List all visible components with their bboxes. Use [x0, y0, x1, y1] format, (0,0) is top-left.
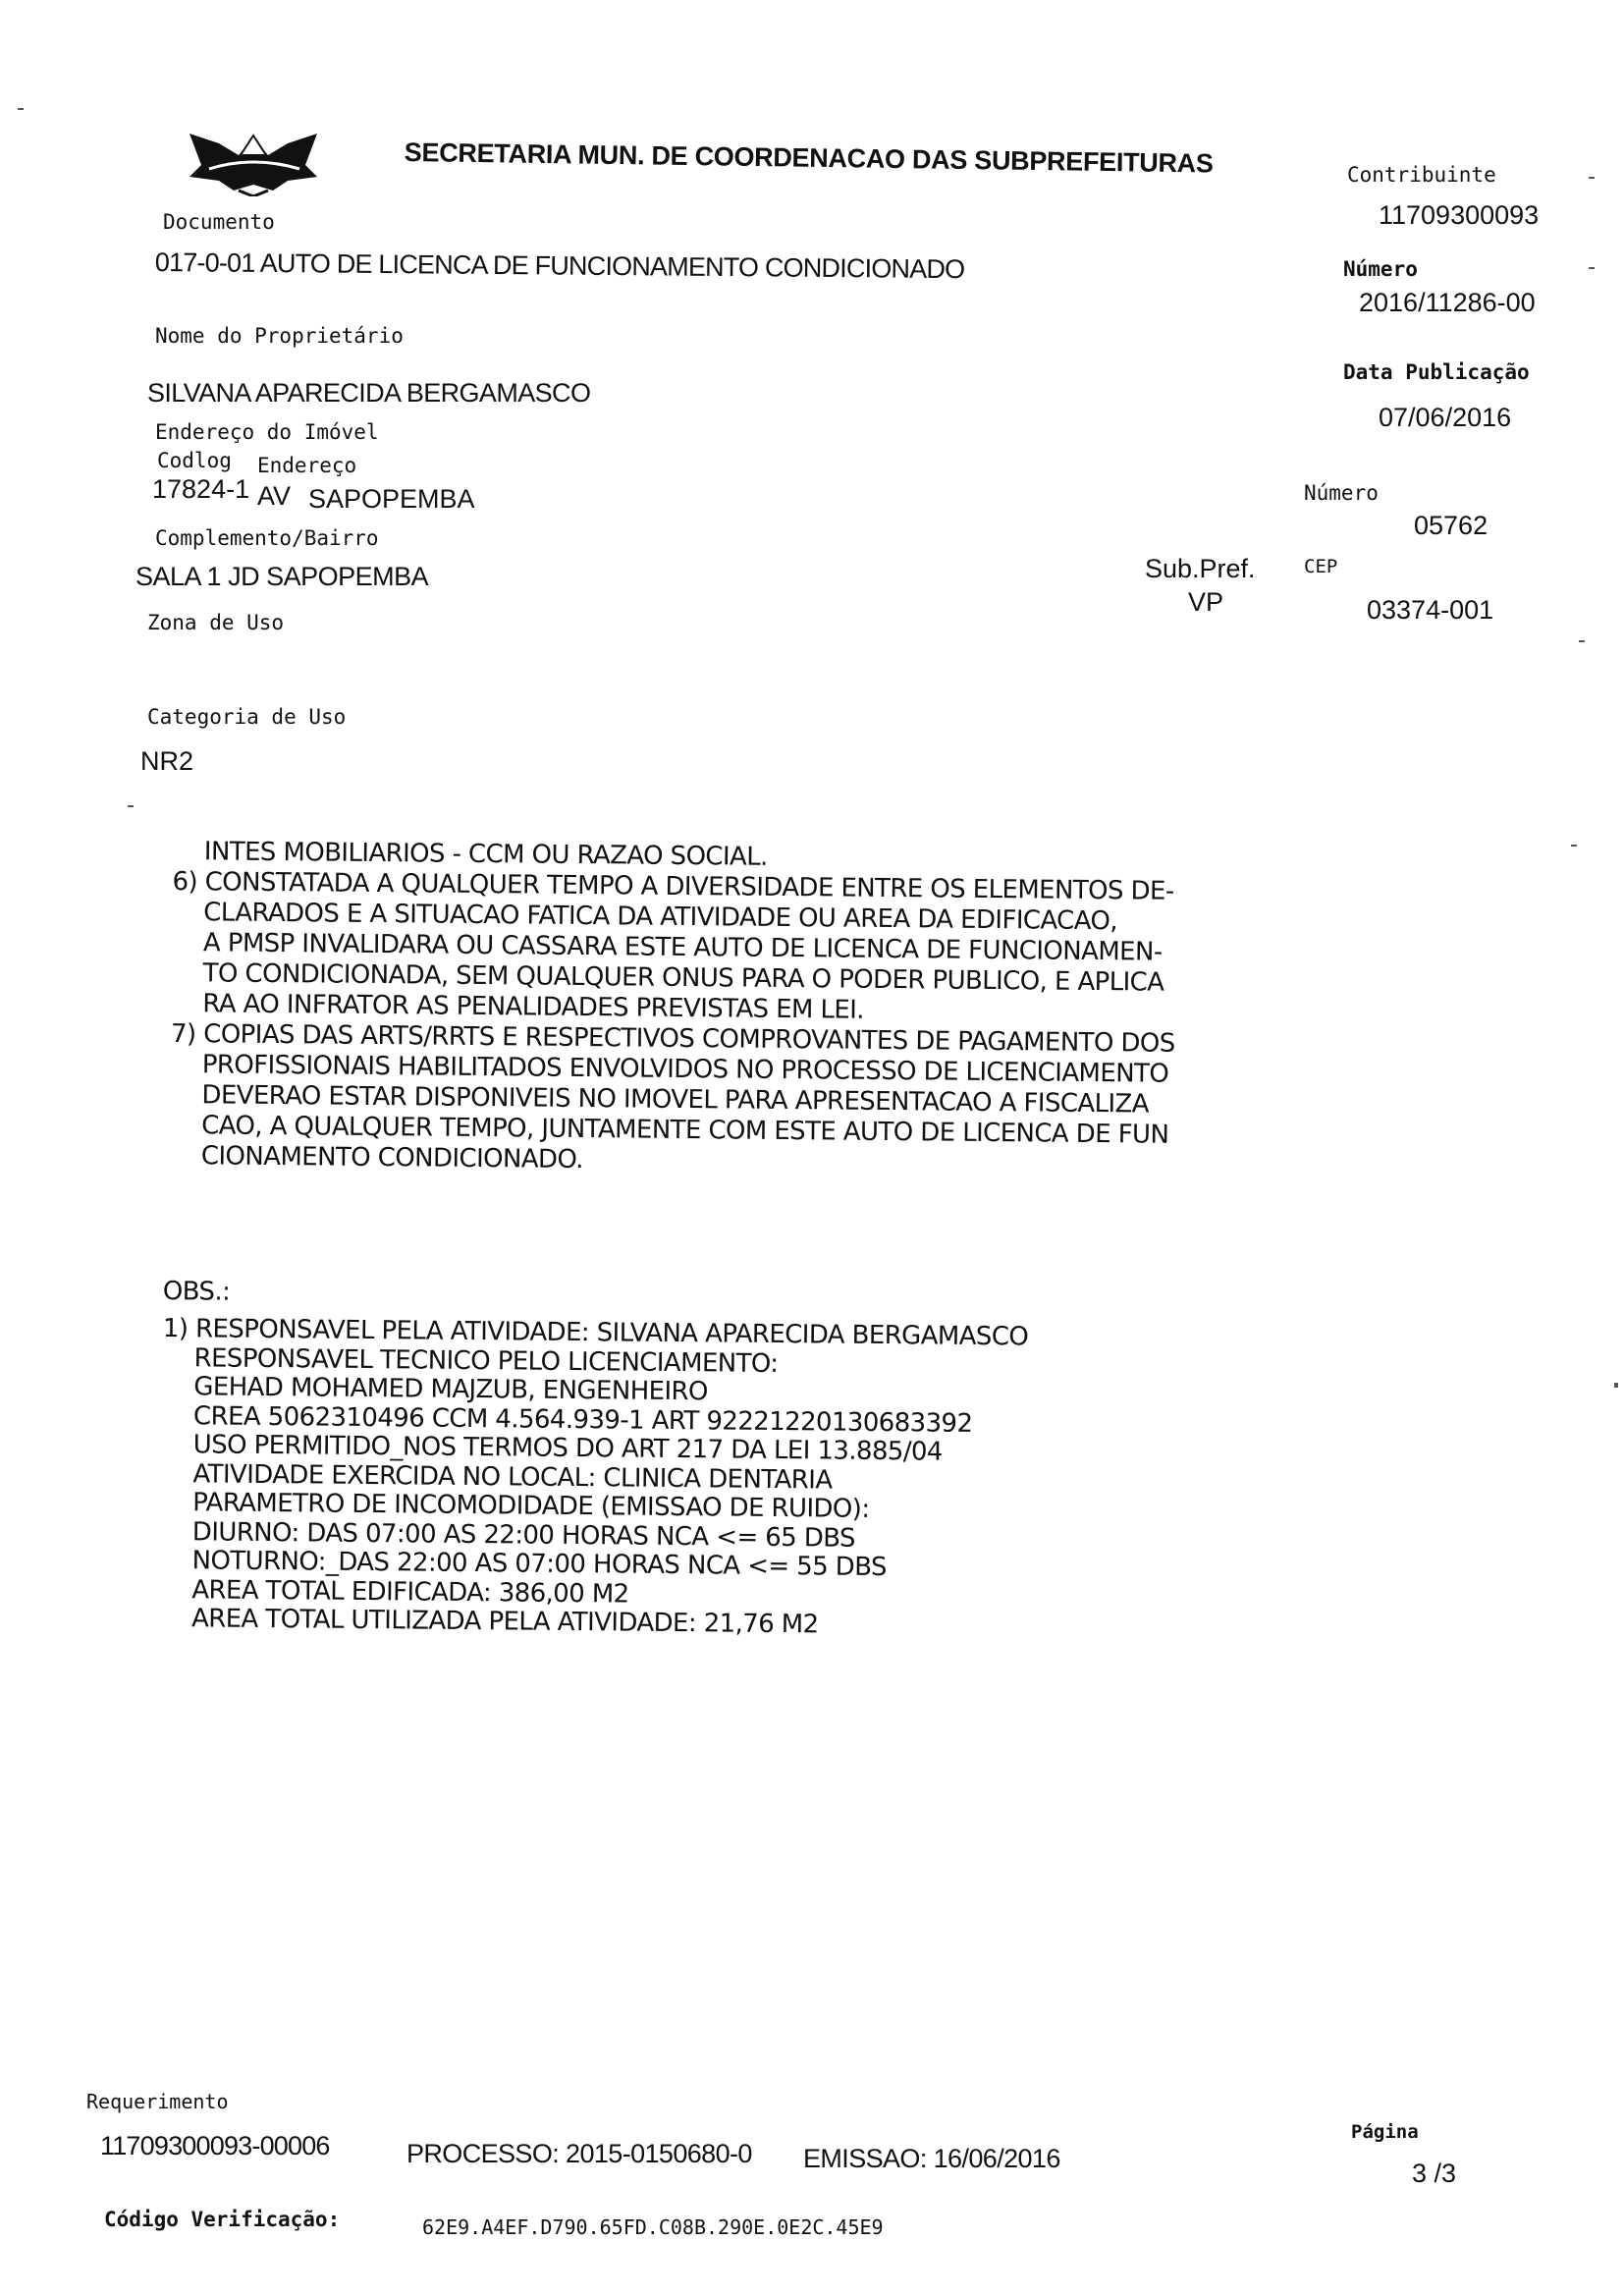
codlog-value: 17824-1	[152, 474, 249, 505]
processo-value: PROCESSO: 2015-0150680-0	[406, 2139, 752, 2169]
complemento-value: SALA 1 JD SAPOPEMBA	[135, 562, 428, 592]
endereco-section-label: Endereço do Imóvel	[155, 420, 379, 444]
logradouro-tipo: AV	[257, 481, 291, 512]
requerimento-value: 11709300093-00006	[100, 2131, 330, 2161]
emissao-value: EMISSAO: 16/06/2016	[803, 2144, 1060, 2174]
scan-speck	[128, 805, 134, 807]
conditions-block: INTES MOBILIARIOS - CCM OU RAZAO SOCIAL.…	[170, 837, 1177, 1181]
zona-uso-label: Zona de Uso	[147, 611, 284, 634]
numero-imovel-value: 05762	[1414, 511, 1488, 541]
categoria-uso-value: NR2	[140, 746, 193, 777]
contribuinte-value: 11709300093	[1379, 200, 1539, 231]
cep-value: 03374-001	[1367, 595, 1493, 626]
documento-value: 017-0-01 AUTO DE LICENCA DE FUNCIONAMENT…	[155, 247, 965, 285]
subpref-label: Sub.Pref.	[1145, 554, 1256, 584]
coat-of-arms-icon	[180, 126, 327, 196]
scan-speck	[18, 108, 24, 110]
obs-block: 1) RESPONSAVEL PELA ATIVIDADE: SILVANA A…	[160, 1315, 1028, 1642]
numero-imovel-label: Número	[1304, 481, 1379, 505]
obs-label: OBS.:	[163, 1277, 231, 1308]
scan-speck	[1614, 1383, 1618, 1388]
endereco-label: Endereço	[257, 454, 356, 477]
contribuinte-label: Contribuinte	[1347, 163, 1496, 187]
logradouro-nome: SAPOPEMBA	[308, 484, 475, 515]
codigo-verificacao-value: 62E9.A4EF.D790.65FD.C08B.290E.0E2C.45E9	[422, 2215, 884, 2239]
subpref-value: VP	[1188, 587, 1223, 618]
cep-label: CEP	[1304, 556, 1337, 577]
scan-speck	[1579, 640, 1585, 642]
pagina-value: 3 /3	[1412, 2159, 1456, 2189]
numero-documento-label: Número	[1343, 257, 1418, 281]
agency-title: SECRETARIA MUN. DE COORDENACAO DAS SUBPR…	[405, 137, 1214, 179]
pagina-label: Página	[1351, 2121, 1419, 2143]
scan-speck	[1589, 267, 1595, 269]
codlog-label: Codlog	[157, 449, 232, 472]
documento-label: Documento	[163, 210, 275, 234]
data-publicacao-value: 07/06/2016	[1379, 403, 1511, 433]
proprietario-value: SILVANA APARECIDA BERGAMASCO	[147, 378, 590, 409]
requerimento-label: Requerimento	[86, 2090, 229, 2113]
categoria-uso-label: Categoria de Uso	[147, 705, 346, 729]
numero-documento-value: 2016/11286-00	[1359, 288, 1536, 318]
proprietario-label: Nome do Proprietário	[155, 324, 404, 348]
data-publicacao-label: Data Publicação	[1343, 360, 1530, 384]
scan-speck	[1571, 845, 1577, 847]
scan-speck	[1589, 177, 1595, 179]
codigo-verificacao-label: Código Verificação:	[104, 2208, 340, 2231]
complemento-label: Complemento/Bairro	[155, 526, 379, 550]
